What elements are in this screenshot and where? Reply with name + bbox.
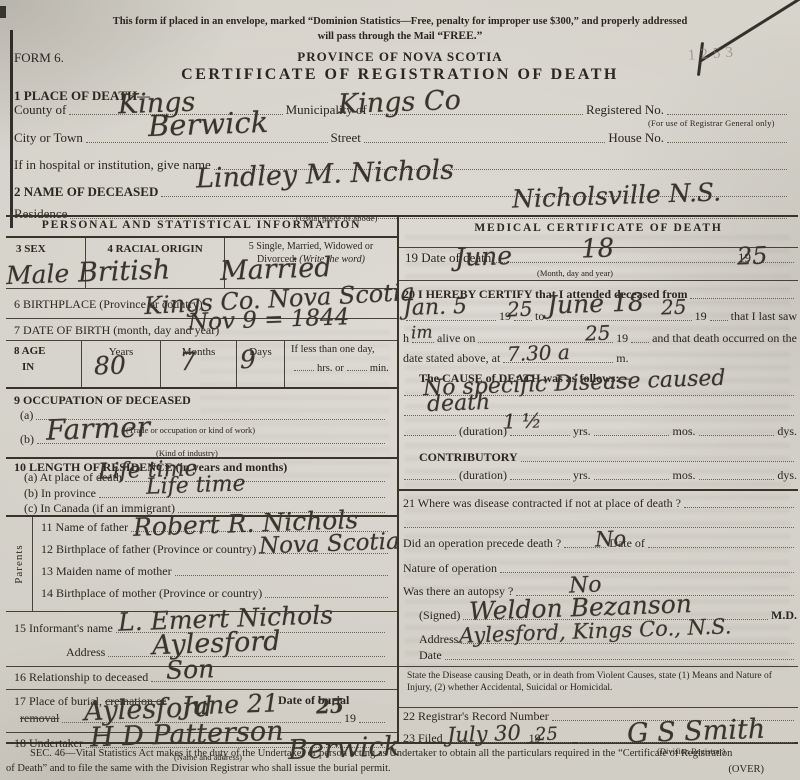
dotted-leader xyxy=(347,370,367,371)
personal-section-header: PERSONAL AND STATISTICAL INFORMATION xyxy=(6,217,397,238)
dotted-leader xyxy=(404,479,456,480)
handwriting-attended-to: June 18 xyxy=(547,289,645,317)
physician-address-block: Address Aylesford, Kings Co., N.S. xyxy=(399,629,798,651)
handwriting-time-of-death: 7.30 a xyxy=(507,342,570,364)
cause-of-death-block: The CAUSE of DEATH was as follows:— (dur… xyxy=(399,369,798,449)
mailing-notice-line2: will pass through the Mail xyxy=(318,31,435,42)
lastsaw-label: that I last saw xyxy=(731,309,797,324)
parents-block: Parents 11 Name of father 12 Birthplace … xyxy=(6,517,397,612)
death-certificate-scan: 1253 This form if placed in an envelope,… xyxy=(0,0,800,780)
filed-label: 23 Filed xyxy=(403,731,443,746)
hrs-label: hrs. or xyxy=(317,363,344,374)
dys2-label: dys. xyxy=(777,468,797,483)
less-than-day-cell: If less than one day, hrs. or min. xyxy=(285,341,397,387)
dotted-leader xyxy=(500,572,794,573)
medical-certificate-column: MEDICAL CERTIFICATE OF DEATH 19 Date of … xyxy=(399,217,798,742)
parents-fields: 11 Name of father 12 Birthplace of fathe… xyxy=(33,517,397,611)
handwriting-burial-year: 25 xyxy=(316,696,345,717)
dotted-leader xyxy=(631,342,649,343)
occupation-a-label: (a) xyxy=(20,408,33,423)
handwriting-him: im xyxy=(411,325,433,343)
handwriting-father-birthplace: Nova Scotia xyxy=(259,531,401,559)
occupation-label: 9 OCCUPATION OF DECEASED xyxy=(14,393,191,408)
city-row: City or Town Street House No. xyxy=(14,128,790,146)
dotted-leader xyxy=(510,435,570,436)
min-label: min. xyxy=(370,363,389,374)
yrs-label: yrs. xyxy=(573,424,591,439)
handwriting-relationship: Son xyxy=(166,656,215,683)
handwriting-date-of-birth: Nov 9 = 1844 xyxy=(188,306,350,335)
age-label-2: IN xyxy=(22,361,34,373)
handwriting-filed-year: 25 xyxy=(535,726,559,745)
dotted-leader xyxy=(667,142,787,143)
handwriting-to-year: 25 xyxy=(661,297,687,318)
mailing-notice: This form if placed in an envelope, mark… xyxy=(0,15,800,45)
handwriting-registrar-signature: G S Smith xyxy=(627,716,766,748)
dotted-leader xyxy=(404,435,456,436)
mos-label: mos. xyxy=(672,424,695,439)
m-label: m. xyxy=(616,351,628,366)
dotted-leader xyxy=(547,320,691,321)
dotted-leader xyxy=(699,479,775,480)
registered-no-label: Registered No. xyxy=(586,102,664,118)
county-label: County of xyxy=(14,102,66,118)
burial-year-prefix: 19 xyxy=(344,711,356,726)
dotted-leader xyxy=(175,575,388,576)
handwriting-undertaker-place: Berwick xyxy=(288,733,401,764)
handwriting-occupation: Farmer xyxy=(46,413,151,445)
handwriting-marital: Married xyxy=(220,254,332,285)
parents-label: Parents xyxy=(13,544,25,583)
q21-label: 21 Where was disease contracted if not a… xyxy=(403,496,681,511)
father-birthplace-label: 12 Birthplace of father (Province or cou… xyxy=(41,542,256,557)
operation-question: Did an operation precede death ? xyxy=(403,536,561,551)
handwriting-duration: 1 ½ xyxy=(503,410,542,431)
dotted-leader xyxy=(699,435,775,436)
handwriting-dod-month: June xyxy=(455,243,513,270)
burial-removal-label: removal xyxy=(20,711,59,726)
mos2-label: mos. xyxy=(672,468,695,483)
marital-label-1: 5 Single, Married, Widowed or xyxy=(249,241,373,252)
dotted-leader xyxy=(294,370,314,371)
handwriting-residence: Nicholsville N.S. xyxy=(512,179,722,211)
dys-label: dys. xyxy=(777,424,797,439)
handwriting-filed-date: July 30 xyxy=(447,723,522,747)
mailing-notice-line1: This form if placed in an envelope, mark… xyxy=(113,16,688,27)
province-heading: PROVINCE OF NOVA SCOTIA xyxy=(0,49,800,65)
age-table: 8 AGE IN Years Months Days If less than … xyxy=(6,341,397,389)
dotted-leader xyxy=(86,142,328,143)
violent-causes-note: State the Disease causing Death, or in d… xyxy=(399,666,798,708)
duration-label: (duration) xyxy=(459,424,507,439)
h-label: h xyxy=(403,331,409,346)
hospital-label: If in hospital or institution, give name xyxy=(14,157,211,173)
dotted-leader xyxy=(521,461,794,462)
sec46-line2: of Death” and to file the same with the … xyxy=(6,763,391,774)
handwriting-racial-origin: British xyxy=(78,256,171,286)
md-label: M.D. xyxy=(771,608,797,623)
mother-name-label: 13 Maiden name of mother xyxy=(41,564,172,579)
handwriting-dod-day: 18 xyxy=(581,235,615,262)
residence-in-province-label: (b) In province xyxy=(24,486,96,501)
dotted-leader xyxy=(265,597,388,598)
mother-birthplace-label: 14 Birthplace of mother (Province or cou… xyxy=(41,586,262,601)
signed-label: (Signed) xyxy=(419,608,460,623)
age-label-1: 8 AGE xyxy=(14,345,45,357)
handwriting-operation-answer: No xyxy=(595,528,627,550)
dotted-leader xyxy=(359,722,385,723)
handwriting-age-years: 80 xyxy=(94,352,127,378)
less-than-day-label: If less than one day, xyxy=(291,344,375,355)
street-label: Street xyxy=(331,130,361,146)
to-year-prefix: 19 xyxy=(695,309,707,324)
date-of-death-block: 19 Date of death 19 (Month, day and year… xyxy=(399,248,798,281)
father-name-label: 11 Name of father xyxy=(41,520,128,535)
dotted-leader xyxy=(494,262,735,263)
handwriting-city: Berwick xyxy=(148,108,269,141)
duration2-label: (duration) xyxy=(459,468,507,483)
handwriting-dod-year: 25 xyxy=(737,243,768,268)
handwriting-from-year: 25 xyxy=(507,299,533,320)
alive-year-prefix: 19 xyxy=(616,331,628,346)
occupation-b-label: (b) xyxy=(20,432,34,447)
operation-block: Did an operation precede death ? Date of… xyxy=(399,531,798,556)
q21-block: 21 Where was disease contracted if not a… xyxy=(399,491,798,531)
handwriting-attended-from: Jan. 5 xyxy=(403,296,468,320)
relationship-block: 16 Relationship to deceased Son xyxy=(6,667,397,690)
handwriting-residence-in-province: Life time xyxy=(146,473,246,498)
dotted-leader xyxy=(648,547,794,548)
dotted-leader xyxy=(594,435,670,436)
mailing-notice-free: “FREE.” xyxy=(437,30,482,42)
handwriting-municipality: Kings Co xyxy=(338,87,462,118)
contributory-label: CONTRIBUTORY xyxy=(419,450,518,465)
dotted-leader xyxy=(364,142,606,143)
contributory-block: CONTRIBUTORY (duration) yrs. mos. dys. xyxy=(399,449,798,491)
physician-date-block: Date xyxy=(399,651,798,666)
to-label: to xyxy=(535,309,544,324)
nature-of-operation-label: Nature of operation xyxy=(403,561,497,576)
handwriting-cause-line2: death xyxy=(427,392,491,416)
relationship-label: 16 Relationship to deceased xyxy=(14,670,148,685)
dotted-leader xyxy=(99,497,385,498)
yrs2-label: yrs. xyxy=(573,468,591,483)
house-no-label: House No. xyxy=(608,130,664,146)
age-cell: 8 AGE IN xyxy=(6,341,82,387)
racial-origin-label: 4 RACIAL ORIGIN xyxy=(107,243,202,255)
stated-label: date stated above, at xyxy=(403,351,500,366)
date-of-birth-block: 7 DATE OF BIRTH (month, day and year) No… xyxy=(6,319,397,341)
dotted-leader xyxy=(510,479,570,480)
physician-address-label: Address xyxy=(419,632,458,647)
certificate-body: PERSONAL AND STATISTICAL INFORMATION 3 S… xyxy=(6,215,798,744)
name-of-deceased-label: 2 NAME OF DECEASED xyxy=(14,184,158,200)
dotted-leader xyxy=(594,479,670,480)
over-label: (OVER) xyxy=(728,762,764,777)
handwriting-sex: Male xyxy=(6,261,70,288)
dotted-leader xyxy=(710,320,728,321)
occupation-block: 9 OCCUPATION OF DECEASED (a) (Trade or o… xyxy=(6,389,397,459)
parents-strip: Parents xyxy=(6,517,33,611)
dotted-leader xyxy=(684,507,794,508)
informant-address-label: Address xyxy=(66,645,105,660)
dotted-leader xyxy=(690,298,794,299)
handwriting-burial-date: June 21 xyxy=(182,690,280,718)
handwriting-age-days: 9 xyxy=(240,347,257,373)
months-cell: Months xyxy=(161,341,237,387)
informant-name-label: 15 Informant's name xyxy=(14,621,113,636)
handwriting-age-months: 7 xyxy=(180,349,197,375)
dotted-leader xyxy=(667,114,787,115)
certificate-title: CERTIFICATE OF REGISTRATION OF DEATH xyxy=(0,66,800,84)
sex-label: 3 SEX xyxy=(16,243,46,255)
personal-statistical-column: PERSONAL AND STATISTICAL INFORMATION 3 S… xyxy=(6,217,399,742)
city-town-label: City or Town xyxy=(14,130,83,146)
alive-label: alive on xyxy=(437,331,475,346)
certify-block: 20 I HEREBY CERTIFY that I attended dece… xyxy=(399,281,798,369)
dotted-leader xyxy=(445,659,794,660)
registered-no-note: (For use of Registrar General only) xyxy=(648,118,775,128)
physician-date-label: Date xyxy=(419,648,442,663)
occurred-label: and that death occurred on the xyxy=(652,331,797,346)
date-of-death-note: (Month, day and year) xyxy=(537,268,613,278)
handwriting-informant-address: Aylesford xyxy=(152,628,281,659)
handwriting-alive-year: 25 xyxy=(585,323,611,344)
